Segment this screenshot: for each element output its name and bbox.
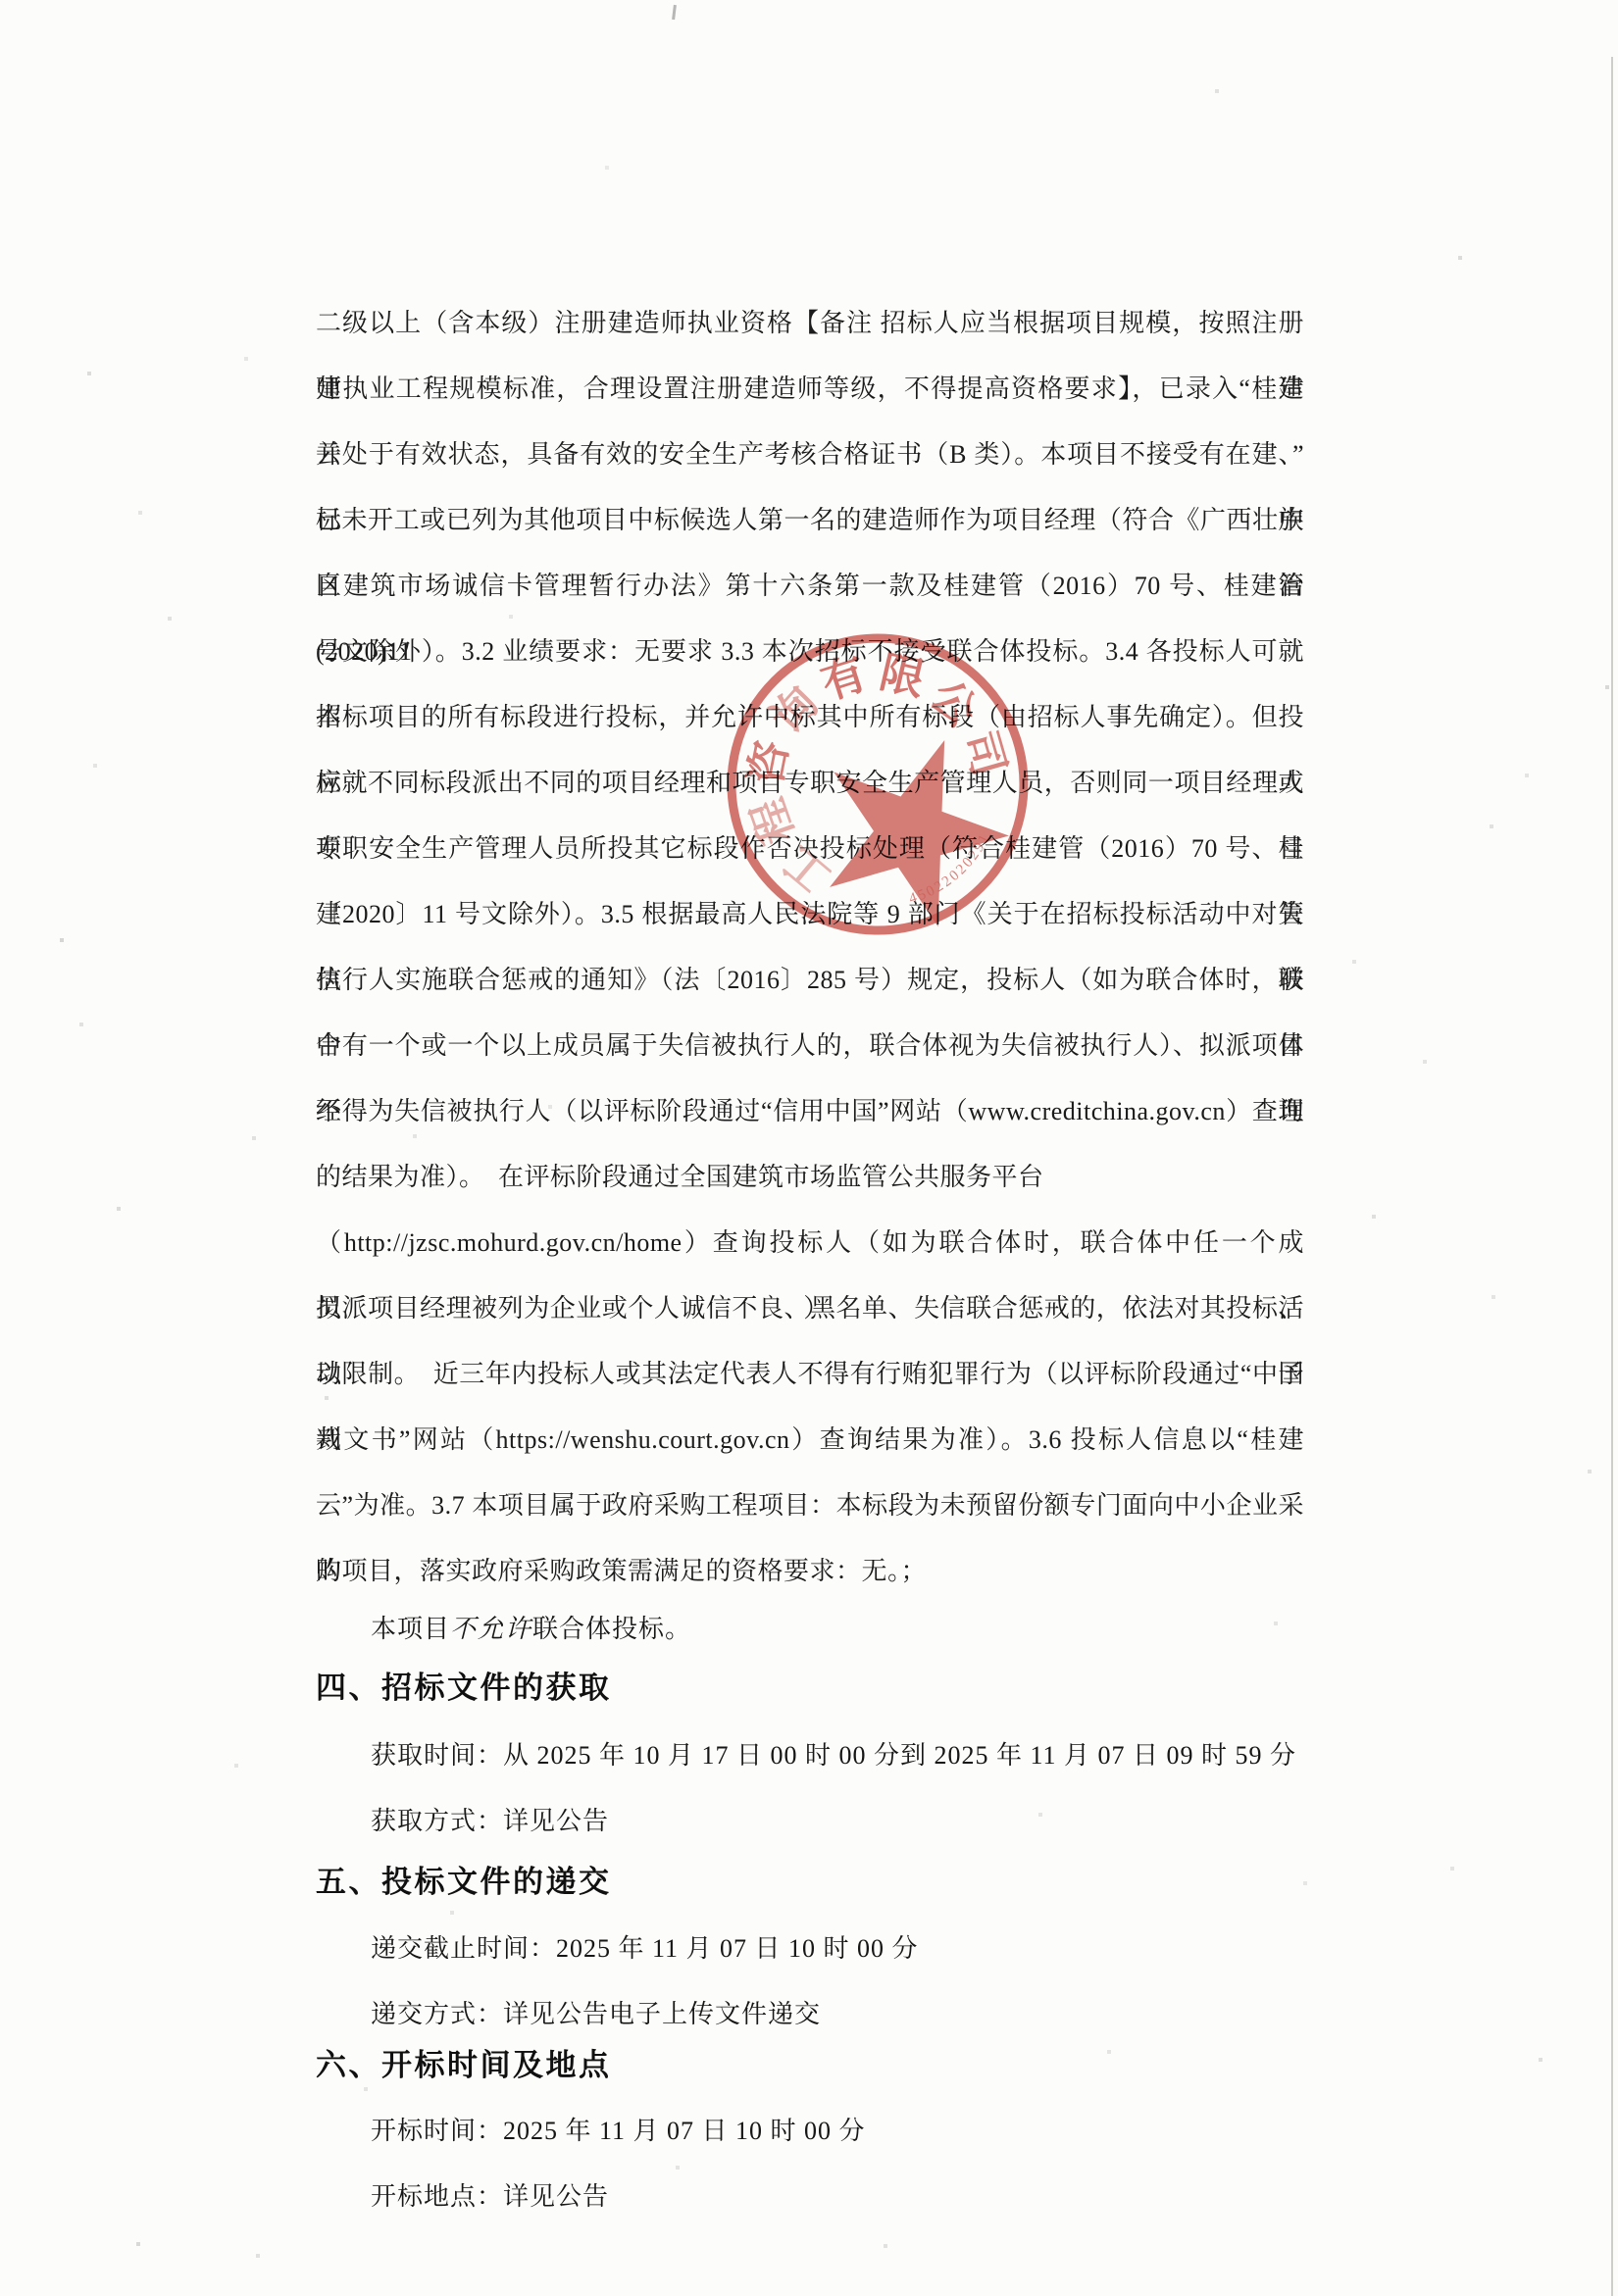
section-heading-submit-documents: 五、投标文件的递交 <box>316 1861 612 1904</box>
paragraph-line: 以限制。 近三年内投标人或其法定代表人不得有行贿犯罪行为（以评标阶段通过“中国裁 <box>316 1341 1304 1407</box>
scan-edge-tick <box>672 5 677 20</box>
obtain-method-label: 获取方式： <box>371 1807 503 1835</box>
obtain-method-row: 获取方式：详见公告 <box>371 1800 609 1843</box>
seal-ring-char: 限 <box>876 647 930 705</box>
section-heading-bid-opening: 六、开标时间及地点 <box>316 2044 612 2087</box>
note-prefix: 本项目 <box>371 1615 450 1643</box>
section-heading-obtain-documents: 四、招标文件的获取 <box>316 1667 612 1710</box>
paragraph-line: 师执业工程规模标准，合理设置注册建造师等级，不得提高资格要求】，已录入“桂建云” <box>316 356 1304 422</box>
opening-place-row: 开标地点：详见公告 <box>371 2175 609 2219</box>
paragraph-line: 标未开工或已列为其他项目中标候选人第一名的建造师作为项目经理（符合《广西壮族自治 <box>316 487 1304 553</box>
scan-edge-line <box>1611 57 1613 2296</box>
submit-method-row: 递交方式：详见公告电子上传文件递交 <box>371 1993 821 2036</box>
paragraph-line: 云”为准。3.7 本项目属于政府采购工程项目：本标段为未预留份额专门面向中小企业… <box>316 1472 1304 1538</box>
company-seal-stamp: 工 程 咨 询 有 限 公 司 45022020291 <box>711 618 1044 951</box>
submit-deadline-label: 递交截止时间： <box>371 1934 556 1963</box>
paragraph-line: 并处于有效状态，具备有效的安全生产考核合格证书（B 类）。本项目不接受有在建、已… <box>316 422 1304 487</box>
submit-method-label: 递交方式： <box>371 2000 503 2028</box>
seal-ring-char: 有 <box>816 649 873 709</box>
obtain-method-value: 详见公告 <box>503 1807 609 1835</box>
paragraph-line: 的结果为准）。 在评标阶段通过全国建筑市场监管公共服务平台 <box>316 1144 1304 1210</box>
paragraph-line: （http://jzsc.mohurd.gov.cn/home）查询投标人（如为… <box>316 1210 1304 1275</box>
no-consortium-note: 本项目不允许联合体投标。 <box>371 1600 691 1659</box>
seal-ring-char: 咨 <box>740 736 797 789</box>
seal-ring-char: 司 <box>954 725 1013 781</box>
paragraph-line: 不得为失信被执行人（以评标阶段通过“信用中国”网站（www.creditchin… <box>316 1078 1304 1144</box>
submit-method-value: 详见公告电子上传文件递交 <box>503 2000 821 2028</box>
obtain-time-value: 从 2025 年 10 月 17 日 00 时 00 分到 2025 年 11 … <box>503 1741 1296 1770</box>
scanned-tender-document-page: 二级以上（含本级）注册建造师执业资格【备注 招标人应当根据项目规模，按照注册建造… <box>0 0 1618 2296</box>
seal-ring-char: 程 <box>742 792 803 850</box>
obtain-time-row: 获取时间：从 2025 年 10 月 17 日 00 时 00 分到 2025 … <box>371 1734 1296 1777</box>
opening-place-label: 开标地点： <box>371 2182 503 2211</box>
opening-time-label: 开标时间： <box>371 2117 503 2145</box>
scan-noise-specks <box>0 0 2 2</box>
paragraph-line: 中有一个或一个以上成员属于失信被执行人的，联合体视为失信被执行人）、拟派项目经理 <box>316 1013 1304 1078</box>
paragraph-line: 区建筑市场诚信卡管理暂行办法》第十六条第一款及桂建管（2016）70 号、桂建管… <box>316 553 1304 619</box>
note-emphasis-italic: 不允许 <box>450 1615 532 1643</box>
obtain-time-label: 获取时间： <box>371 1741 503 1770</box>
submit-deadline-value: 2025 年 11 月 07 日 10 时 00 分 <box>556 1934 919 1963</box>
opening-time-value: 2025 年 11 月 07 日 10 时 00 分 <box>503 2117 866 2145</box>
submit-deadline-row: 递交截止时间：2025 年 11 月 07 日 10 时 00 分 <box>371 1927 919 1971</box>
paragraph-line: 拟派项目经理被列为企业或个人诚信不良、黑名单、失信联合惩戒的，依法对其投标活动予 <box>316 1275 1304 1341</box>
opening-place-value: 详见公告 <box>503 2182 609 2211</box>
paragraph-line: 执行人实施联合惩戒的通知》（法〔2016〕285 号）规定，投标人（如为联合体时… <box>316 947 1304 1013</box>
paragraph-line: 判文书”网站（https://wenshu.court.gov.cn）查询结果为… <box>316 1407 1304 1472</box>
paragraph-line: 二级以上（含本级）注册建造师执业资格【备注 招标人应当根据项目规模，按照注册建造 <box>316 290 1304 356</box>
paragraph-line: 的项目，落实政府采购政策需满足的资格要求：无。； <box>316 1538 1304 1604</box>
opening-time-row: 开标时间：2025 年 11 月 07 日 10 时 00 分 <box>371 2110 866 2153</box>
note-suffix: 联合体投标。 <box>532 1615 691 1643</box>
